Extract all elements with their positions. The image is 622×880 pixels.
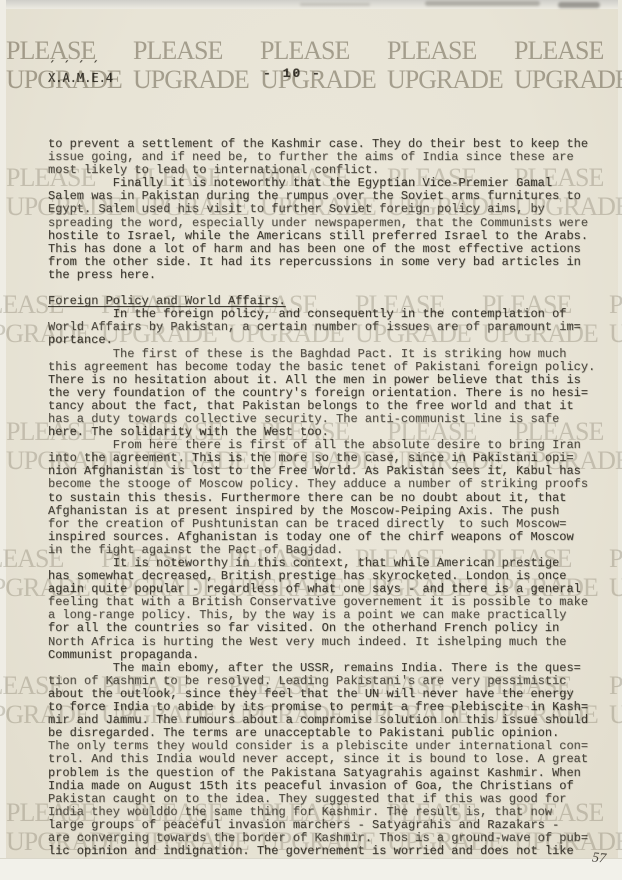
watermark-word: UPGRADE — [514, 65, 622, 94]
watermark-word: UPGRADE — [133, 65, 260, 94]
scan-smudge — [558, 2, 600, 8]
scan-edge-bottom — [0, 858, 622, 880]
document-line: large groups of peaceful invasion marche… — [48, 819, 595, 832]
page-number: - 10 - — [263, 66, 322, 81]
document-line: problem is the question of the Pakistana… — [48, 767, 595, 780]
scan-edge-left — [0, 0, 6, 880]
document-line: this agreement has become today the basi… — [48, 361, 595, 374]
watermark-word: PLEASE — [514, 36, 622, 65]
handwritten-page-number: 57 — [591, 850, 607, 867]
document-line: the very foundation of the country's for… — [48, 387, 595, 400]
document-line: mir and Jammu. The rumours about a compr… — [48, 714, 595, 727]
document-line: The main ebomy, after the USSR, remains … — [48, 662, 595, 675]
document-line: most likely to lead to international con… — [48, 164, 595, 177]
document-line: inspired sources. Afghanistan is today o… — [48, 531, 595, 544]
reference-code: X.A.M.E.4 — [48, 71, 113, 85]
document-line: tion of Kashmir to be resolved. Leading … — [48, 675, 595, 688]
document-line: the press here. — [48, 269, 595, 282]
document-line: spreading the word, especially under new… — [48, 217, 595, 230]
document-line: Pakistan caught on to the idea. They sug… — [48, 793, 595, 806]
watermark-word: PLEASE — [387, 36, 514, 65]
document-line: North Africa is hurting the West very mu… — [48, 636, 595, 649]
scanned-document-page: ´ ´ ´ ´ X.A.M.E.4 - 10 - to prevent a se… — [0, 0, 622, 880]
document-line: portance. — [48, 334, 595, 347]
document-line: for all the countries so far visited. On… — [48, 622, 595, 635]
document-line: to sustain this thesis. Furthermore ther… — [48, 492, 595, 505]
document-line: Egypt. Salem used his visit to further S… — [48, 203, 595, 216]
document-body: to prevent a settlement of the Kashmir c… — [48, 138, 595, 858]
document-line: This has done a lot of harm and has been… — [48, 243, 595, 256]
scan-smudge — [300, 3, 370, 6]
document-line: a long-range policy. This, by the way is… — [48, 609, 595, 622]
document-line: India they woulddo the same thing for Ka… — [48, 806, 595, 819]
document-line: Afghanistan is at present inspired by th… — [48, 505, 595, 518]
document-line: into the agreement. This is the more so … — [48, 452, 595, 465]
document-line: There is no hesitation about it. All the… — [48, 374, 595, 387]
document-line: lic opinion and indignation. The governe… — [48, 845, 595, 858]
scan-smudge — [425, 1, 540, 6]
watermark-word: PLEASE — [260, 36, 387, 65]
document-line: hostile to Israel, while the Americans s… — [48, 230, 595, 243]
document-line: India made on August 15th its peaceful i… — [48, 780, 595, 793]
document-line: from the other side. It had its repercus… — [48, 256, 595, 269]
scan-edge-right — [618, 0, 622, 880]
watermark-word: PLEASE — [133, 36, 260, 65]
document-line: for the creation of Pushtunistan can be … — [48, 518, 595, 531]
document-line: trol. And this India would never accept,… — [48, 753, 595, 766]
document-line: Communist propaganda. — [48, 649, 595, 662]
section-heading: Foreign Policy and World Affairs. — [48, 295, 595, 308]
document-line: The first of these is the Baghdad Pact. … — [48, 348, 595, 361]
watermark-word: UPGRADE — [387, 65, 514, 94]
document-line: World Affairs by Pakistan, a certain num… — [48, 321, 595, 334]
document-line: become the stooge of Moscow policy. They… — [48, 478, 595, 491]
document-line: has a duty towards collective security. … — [48, 413, 595, 426]
document-line: tancy about the fact, that Pakistan belo… — [48, 400, 595, 413]
document-line: are converging towards the border of Kas… — [48, 832, 595, 845]
document-line: It is noteworthy in this context, that w… — [48, 557, 595, 570]
document-reference: ´ ´ ´ ´ X.A.M.E.4 — [48, 60, 113, 84]
